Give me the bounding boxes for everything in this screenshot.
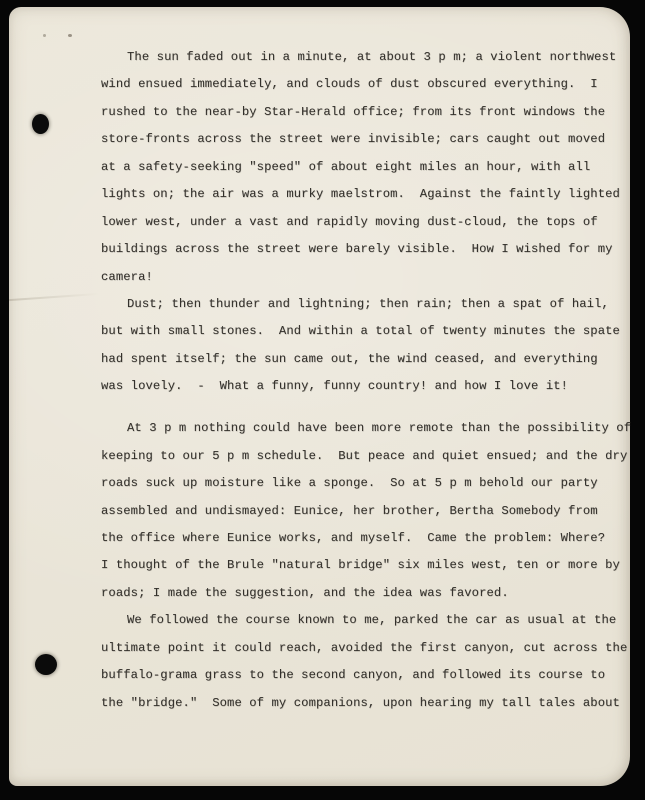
- typed-line: roads; I made the suggestion, and the id…: [101, 580, 626, 607]
- typed-line: the office where Eunice works, and mysel…: [101, 525, 626, 552]
- typed-line: but with small stones. And within a tota…: [101, 318, 626, 345]
- typed-line: lights on; the air was a murky maelstrom…: [101, 181, 626, 208]
- typed-line: the "bridge." Some of my companions, upo…: [101, 690, 626, 717]
- typed-line: At 3 p m nothing could have been more re…: [101, 415, 626, 442]
- typed-line: at a safety-seeking "speed" of about eig…: [101, 154, 626, 181]
- typed-line: camera!: [101, 264, 626, 291]
- paper-speck: [68, 34, 72, 37]
- typed-line: lower west, under a vast and rapidly mov…: [101, 209, 626, 236]
- typed-line: had spent itself; the sun came out, the …: [101, 346, 626, 373]
- paper-sheet: The sun faded out in a minute, at about …: [9, 7, 630, 786]
- typed-line: assembled and undismayed: Eunice, her br…: [101, 498, 626, 525]
- typed-line: store-fronts across the street were invi…: [101, 126, 626, 153]
- typed-line: wind ensued immediately, and clouds of d…: [101, 71, 626, 98]
- typed-text-body: The sun faded out in a minute, at about …: [101, 44, 626, 717]
- paper-speck: [43, 34, 46, 37]
- typed-line: rushed to the near-by Star-Herald office…: [101, 99, 626, 126]
- typed-line: buildings across the street were barely …: [101, 236, 626, 263]
- typed-line: Dust; then thunder and lightning; then r…: [101, 291, 626, 318]
- typed-line: buffalo-grama grass to the second canyon…: [101, 662, 626, 689]
- scan-background: The sun faded out in a minute, at about …: [0, 0, 645, 800]
- typed-line: was lovely. - What a funny, funny countr…: [101, 373, 626, 400]
- typed-line: keeping to our 5 p m schedule. But peace…: [101, 443, 626, 470]
- typed-line: ultimate point it could reach, avoided t…: [101, 635, 626, 662]
- hole-punch-bottom: [35, 654, 57, 675]
- typed-line: We followed the course known to me, park…: [101, 607, 626, 634]
- typed-line: roads suck up moisture like a sponge. So…: [101, 470, 626, 497]
- typed-line: The sun faded out in a minute, at about …: [101, 44, 626, 71]
- typed-line: I thought of the Brule "natural bridge" …: [101, 552, 626, 579]
- hole-punch-top: [32, 114, 49, 134]
